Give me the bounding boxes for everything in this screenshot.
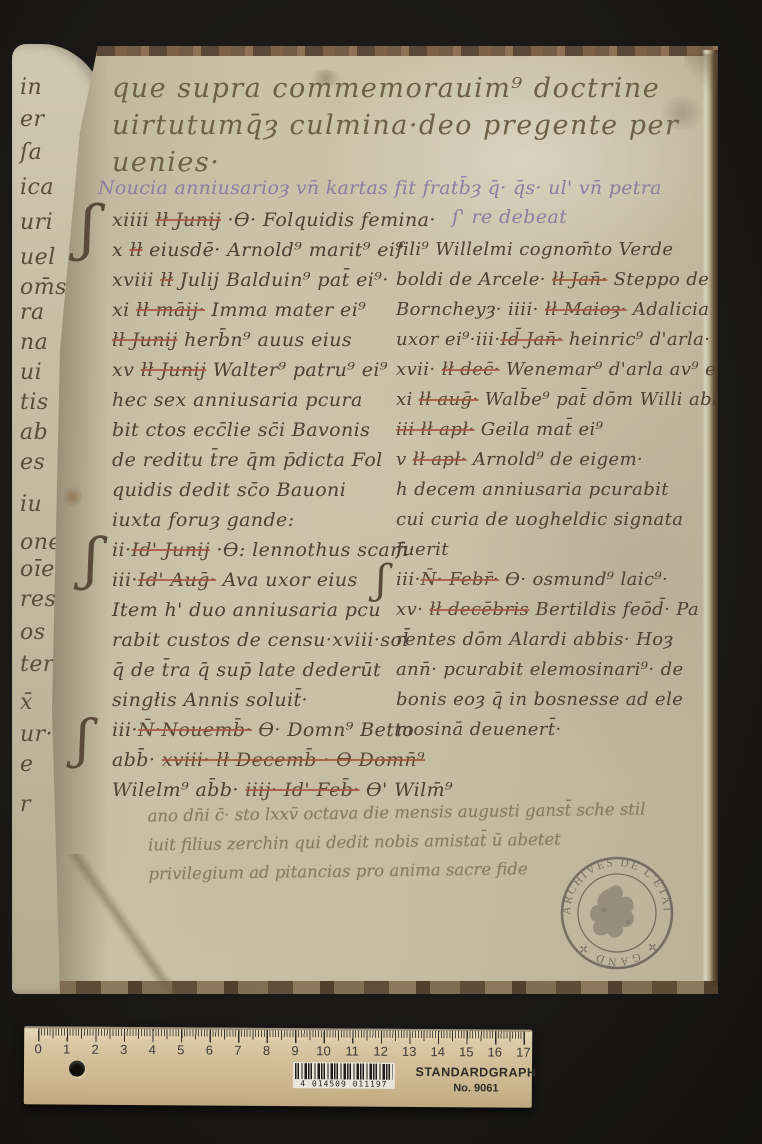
rubric-heading: Noucia anniusarioȝ vn̄ kartas fit fratb̄…: [98, 177, 662, 199]
rubric-continuation: ſ' re debeat: [452, 206, 567, 228]
ruler-number: 10: [309, 1043, 338, 1058]
ruler-number: 8: [252, 1043, 281, 1058]
ruler-number: 14: [423, 1044, 452, 1059]
ruler-number: 2: [81, 1042, 110, 1057]
manuscript-photo: inerſaicauriuelom̄sranauitisabesiuoneoīe…: [0, 0, 762, 1144]
text-fragment: e: [20, 752, 34, 777]
ruler-scale: 01234567891011121314151617: [38, 1041, 558, 1060]
text-fragment: ica: [20, 175, 54, 200]
ruler-number: 3: [109, 1042, 138, 1057]
barcode-digits: 4 014509 011197: [293, 1079, 395, 1089]
text-fragment: ra: [20, 300, 45, 325]
ruler-number: 1: [52, 1041, 81, 1056]
ruler-number: 13: [395, 1044, 424, 1059]
manuscript-line: abb̄· xviii· łł Decemb̄ · Ө Domn̄⁹: [112, 745, 453, 775]
obituary-column-right: fili⁹ Willelmi cognom̄to Verdeboldi de A…: [396, 235, 740, 745]
manuscript-line: xiiii łł Junij ·Ө· Folquidis femina·: [112, 205, 453, 235]
manuscript-line: uxor ei⁹·iii·Id̄ Jan̄· heinric⁹ d'arla·: [396, 325, 740, 355]
svg-text:✛ GAND ✛: ✛ GAND ✛: [575, 939, 660, 968]
manuscript-line: rentes dōm Alardi abbis· Hoȝ: [396, 625, 740, 655]
paragraphus-mark: ʃ: [76, 714, 90, 766]
incipit-heading: que supra commemorauim⁹ doctrineuirtutum…: [112, 70, 679, 181]
manuscript-line: iii·N̄· Febr̄· Ө· osmund⁹ laic⁹·: [396, 565, 740, 595]
text-fragment: ſa: [20, 140, 42, 165]
text-fragment: r: [20, 792, 31, 817]
manuscript-page: que supra commemorauim⁹ doctrineuirtutum…: [20, 46, 718, 994]
ruler-number: 15: [452, 1044, 481, 1059]
ruler-number: 0: [24, 1041, 53, 1056]
text-fragment: ui: [20, 360, 42, 385]
page-edge-top: [75, 46, 718, 56]
text-fragment: er: [20, 107, 45, 132]
manuscript-line: xvii· łł dec̄· Wenemar⁹ d'arla av⁹ ei⁹·: [396, 355, 740, 385]
text-fragment: x̄: [20, 690, 33, 715]
ruler-number: 11: [338, 1043, 367, 1058]
text-fragment: ur·: [20, 722, 53, 747]
text-fragment: in: [20, 75, 42, 100]
text-fragment: res: [20, 587, 56, 612]
ruler-number: 4: [138, 1042, 167, 1057]
stamp-detail-dot: [602, 908, 607, 913]
text-fragment: ab: [20, 420, 48, 445]
manuscript-line: boldi de Arcele· łł Jan̄· Steppo de: [396, 265, 740, 295]
heading-line: que supra commemorauim⁹ doctrine: [112, 70, 679, 107]
ruler-barcode: 4 014509 011197: [293, 1062, 395, 1089]
manuscript-line: fuerit: [396, 535, 740, 565]
text-fragment: tis: [20, 390, 49, 415]
manuscript-line: ann̄· pcurabit elemosinari⁹· de: [396, 655, 740, 685]
ruler-model: No. 9061: [402, 1082, 550, 1095]
ruler-number: 12: [366, 1044, 395, 1059]
manuscript-line: xv· łł decēbris Bertildis feōd̄· Pa: [396, 595, 740, 625]
stamp-bottom-text: ✛ GAND ✛: [575, 939, 660, 968]
parchment-stain: [64, 484, 82, 510]
manuscript-line: v łł apł· Arnold⁹ de eigem·: [396, 445, 740, 475]
text-fragment: na: [20, 330, 48, 355]
text-fragment: iu: [20, 492, 42, 517]
ruler-brand: STANDARDGRAPH: [402, 1065, 550, 1080]
manuscript-line: xi łł auḡ· Walb̄e⁹ pat̄ dōm Willi abbis: [396, 385, 740, 415]
heading-line: uenies·: [112, 144, 679, 181]
manuscript-line: mosinā deuenert̄·: [396, 715, 740, 745]
manuscript-line: cui curia de uogheldic signata: [396, 505, 740, 535]
heading-line: uirtutumq̄ȝ culmina·deo pregente per: [112, 107, 679, 144]
text-fragment: om̄s: [20, 275, 67, 300]
barcode-bars: [295, 1063, 393, 1080]
text-fragment: os: [20, 620, 46, 645]
ruler-number: 5: [166, 1042, 195, 1057]
ruler-number: 17: [509, 1045, 538, 1060]
stamp-detail-dot: [626, 920, 630, 924]
text-fragment: uri: [20, 210, 53, 235]
ruler-number: 9: [281, 1043, 310, 1058]
ruler-number: 16: [481, 1044, 510, 1059]
text-fragment: oīe: [20, 557, 55, 582]
manuscript-line: iii łł apł· Geila mat̄ ei⁹: [396, 415, 740, 445]
ruler-number: 7: [224, 1043, 253, 1058]
measuring-ruler: 01234567891011121314151617 4 014509 0111…: [24, 1026, 533, 1108]
dogear-corner: [684, 54, 718, 94]
ruler-hole: [69, 1061, 85, 1077]
text-fragment: es: [20, 450, 45, 475]
stamp-coat-of-arms: [590, 885, 634, 937]
text-fragment: uel: [20, 245, 56, 270]
text-fragment: ter: [20, 652, 54, 677]
archive-stamp: ARCHIVES DE L'ÉTAT ✛ GAND ✛: [556, 852, 678, 974]
ruler-number: 6: [195, 1042, 224, 1057]
manuscript-line: Borncheyȝ· iiii· łł Maioȝ· Adalicia: [396, 295, 740, 325]
manuscript-line: fili⁹ Willelmi cognom̄to Verde: [396, 235, 740, 265]
manuscript-line: bonis eoȝ q̄ in bosnesse ad ele: [396, 685, 740, 715]
manuscript-line: h decem anniusaria pcurabit: [396, 475, 740, 505]
paragraphus-mark: ʃ: [80, 198, 96, 258]
paragraphus-mark: ʃ: [84, 532, 99, 588]
